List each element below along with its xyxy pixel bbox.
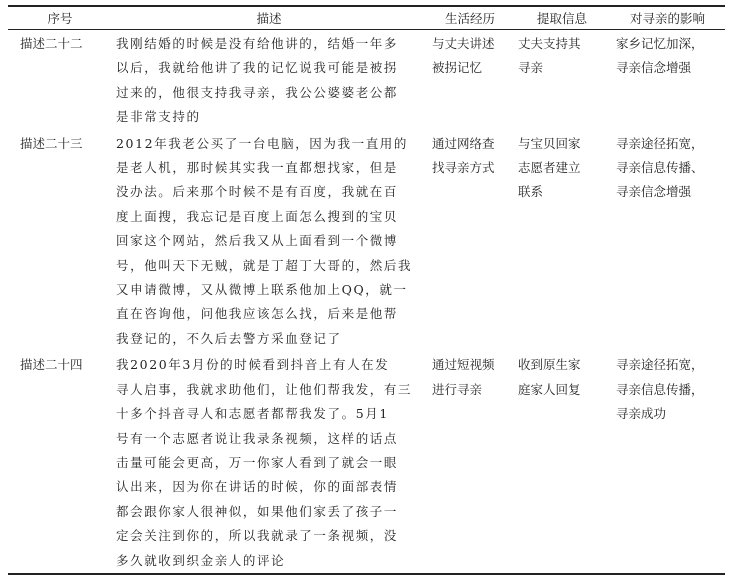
description-line: 2012年我老公买了一台电脑，因为我一直用的 (116, 132, 418, 156)
description-line: 我2020年3月份的时候看到抖音上有人在发 (116, 353, 418, 377)
row-life-experience: 通过短视频 进行寻亲 (426, 351, 514, 560)
extracted-info-line: 丈夫支持其 (518, 32, 610, 56)
description-line: 定会关注到你的，所以我就录了一条视频，没 (116, 524, 418, 548)
row-extracted-info: 丈夫支持其 寻亲 (514, 30, 610, 130)
life-experience-line: 进行寻亲 (432, 378, 514, 402)
description-table: 序号 描述 生活经历 提取信息 对寻亲的影响 描述二十二 我刚结婚的时候是没有给… (8, 5, 725, 560)
header-life-experience: 生活经历 (426, 6, 514, 30)
description-line: 度上面搜，我忘记是百度上面怎么搜到的宝贝 (116, 205, 418, 229)
impact-line: 寻亲成功 (616, 402, 725, 426)
table-header-row: 序号 描述 生活经历 提取信息 对寻亲的影响 (8, 6, 725, 30)
impact-line: 寻亲信念增强 (616, 180, 725, 204)
header-id: 序号 (8, 6, 112, 30)
row-impact: 寻亲途径拓宽， 寻亲信息传播、 寻亲信念增强 (610, 130, 725, 352)
table-row: 描述二十二 我刚结婚的时候是没有给他讲的，结婚一年多 以后，我就给他讲了我的记忆… (8, 30, 725, 130)
header-description: 描述 (112, 6, 426, 30)
row-id: 描述二十三 (8, 130, 112, 352)
life-experience-line: 与丈夫讲述 (432, 32, 514, 56)
life-experience-line: 找寻亲方式 (432, 156, 514, 180)
description-line: 又申请微博，又从微博上联系他加上QQ，就一 (116, 278, 418, 302)
header-extracted-info: 提取信息 (514, 6, 610, 30)
description-line: 直在咨询他，问他我应该怎么找，后来是他帮 (116, 302, 418, 326)
description-line: 号有一个志愿者说让我录条视频，这样的话点 (116, 427, 418, 451)
row-id: 描述二十四 (8, 351, 112, 560)
table-row: 描述二十四 我2020年3月份的时候看到抖音上有人在发 寻人启事，我就求助他们，… (8, 351, 725, 560)
description-line: 认出来，因为你在讲话的时候，你的面部表情 (116, 475, 418, 499)
row-description: 我2020年3月份的时候看到抖音上有人在发 寻人启事，我就求助他们，让他们帮我发… (112, 351, 426, 560)
row-impact: 寻亲途径拓宽， 寻亲信息传播， 寻亲成功 (610, 351, 725, 560)
impact-line: 寻亲途径拓宽， (616, 132, 725, 156)
extracted-info-line: 与宝贝回家 (518, 132, 610, 156)
extracted-info-line: 联系 (518, 180, 610, 204)
row-life-experience: 通过网络查 找寻亲方式 (426, 130, 514, 352)
description-line: 没办法。后来那个时候不是有百度，我就在百 (116, 180, 418, 204)
description-line: 回家这个网站，然后我又从上面看到一个微博 (116, 229, 418, 253)
header-impact: 对寻亲的影响 (610, 6, 725, 30)
life-experience-line: 通过网络查 (432, 132, 514, 156)
impact-line: 寻亲信息传播， (616, 378, 725, 402)
row-extracted-info: 与宝贝回家 志愿者建立 联系 (514, 130, 610, 352)
row-extracted-info: 收到原生家 庭家人回复 (514, 351, 610, 560)
description-line: 我登记的，不久后去警方采血登记了 (116, 327, 418, 351)
extracted-info-line: 收到原生家 (518, 353, 610, 377)
description-line: 击量可能会更高，万一你家人看到了就会一眼 (116, 451, 418, 475)
data-table-container: 序号 描述 生活经历 提取信息 对寻亲的影响 描述二十二 我刚结婚的时候是没有给… (8, 5, 725, 560)
description-line: 以后，我就给他讲了我的记忆说我可能是被拐 (116, 56, 418, 80)
impact-line: 寻亲信息传播、 (616, 156, 725, 180)
extracted-info-line: 寻亲 (518, 56, 610, 80)
row-description: 2012年我老公买了一台电脑，因为我一直用的 是老人机，那时候其实我一直都想找家… (112, 130, 426, 352)
description-line: 都会跟你家人很神似，如果他们家丢了孩子一 (116, 500, 418, 524)
impact-line: 家乡记忆加深， (616, 32, 725, 56)
extracted-info-line: 志愿者建立 (518, 156, 610, 180)
impact-line: 寻亲信念增强 (616, 56, 725, 80)
row-life-experience: 与丈夫讲述 被拐记忆 (426, 30, 514, 130)
description-line: 寻人启事，我就求助他们，让他们帮我发，有三 (116, 378, 418, 402)
row-id: 描述二十二 (8, 30, 112, 130)
row-description: 我刚结婚的时候是没有给他讲的，结婚一年多 以后，我就给他讲了我的记忆说我可能是被… (112, 30, 426, 130)
table-row: 描述二十三 2012年我老公买了一台电脑，因为我一直用的 是老人机，那时候其实我… (8, 130, 725, 352)
impact-line: 寻亲途径拓宽， (616, 353, 725, 377)
description-line: 是老人机，那时候其实我一直都想找家，但是 (116, 156, 418, 180)
row-impact: 家乡记忆加深， 寻亲信念增强 (610, 30, 725, 130)
description-line: 多久就收到织金亲人的评论 (116, 549, 418, 560)
description-line: 是非常支持的 (116, 105, 418, 129)
life-experience-line: 通过短视频 (432, 353, 514, 377)
description-line: 号，他叫天下无贼，就是丁超丁大哥的，然后我 (116, 254, 418, 278)
life-experience-line: 被拐记忆 (432, 56, 514, 80)
extracted-info-line: 庭家人回复 (518, 378, 610, 402)
description-line: 过来的，他很支持我寻亲，我公公婆婆老公都 (116, 81, 418, 105)
description-line: 我刚结婚的时候是没有给他讲的，结婚一年多 (116, 32, 418, 56)
description-line: 十多个抖音寻人和志愿者都帮我发了。5月1 (116, 402, 418, 426)
